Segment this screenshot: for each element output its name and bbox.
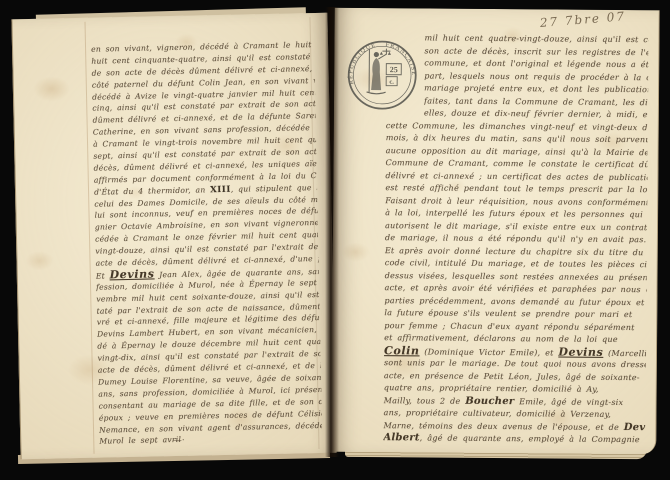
manuscript-text-segment: , âgé de quarante ans, employé à la Comp… [420,433,640,444]
book-binding-gutter [325,7,339,457]
manuscript-text-segment: (Marcelline, [603,348,646,357]
left-page-text-block: en son vivant, vigneron, décédé à Craman… [12,13,336,460]
manuscript-text-segment: Mailly, tous 2 de [384,396,466,406]
manuscript-name-segment: Devins [624,422,646,433]
manuscript-name-segment: Albert [383,432,419,443]
manuscript-line: Albert, âgé de quarante ans, employé à l… [383,432,645,447]
manuscript-name-segment: XIII [210,184,231,194]
right-page-text-block: mil huit cent quatre-vingt-douze, ainsi … [331,8,658,455]
manuscript-text-segment: , qui stipulent que les décès et [231,182,317,194]
manuscript-name-segment: Colin [384,345,420,357]
manuscript-line: commune, et dont l'original et légende n… [424,57,648,71]
manuscript-line: elles, douze et dix-neuf février dernier… [424,107,648,121]
manuscript-line: mariage projeté entre eux, et dont les p… [424,82,648,96]
manuscript-text-segment: Marne, témoins des deux avenus de l'épou… [383,421,623,432]
manuscript-name-segment: Boucher [465,395,514,406]
manuscript-text-segment: Et [96,271,110,280]
photograph-background: en son vivant, vigneron, décédé à Craman… [0,0,670,480]
right-page: 27 7bre 07 RÉPUBLIQUE FRANÇAISE [331,8,659,455]
manuscript-text-segment: d'État du 4 thermidor, an [94,185,210,196]
manuscript-text-segment: (Dominique Victor Emile), et [419,347,558,357]
manuscript-name-segment: Devins [109,267,154,281]
left-page: en son vivant, vigneron, décédé à Craman… [11,13,336,460]
manuscript-text-segment: Emile, âgé de vingt-six [514,397,623,407]
manuscript-name-segment: Devins [558,345,603,358]
manuscript-line: mil huit cent quatre-vingt-douze, ainsi … [424,32,648,46]
